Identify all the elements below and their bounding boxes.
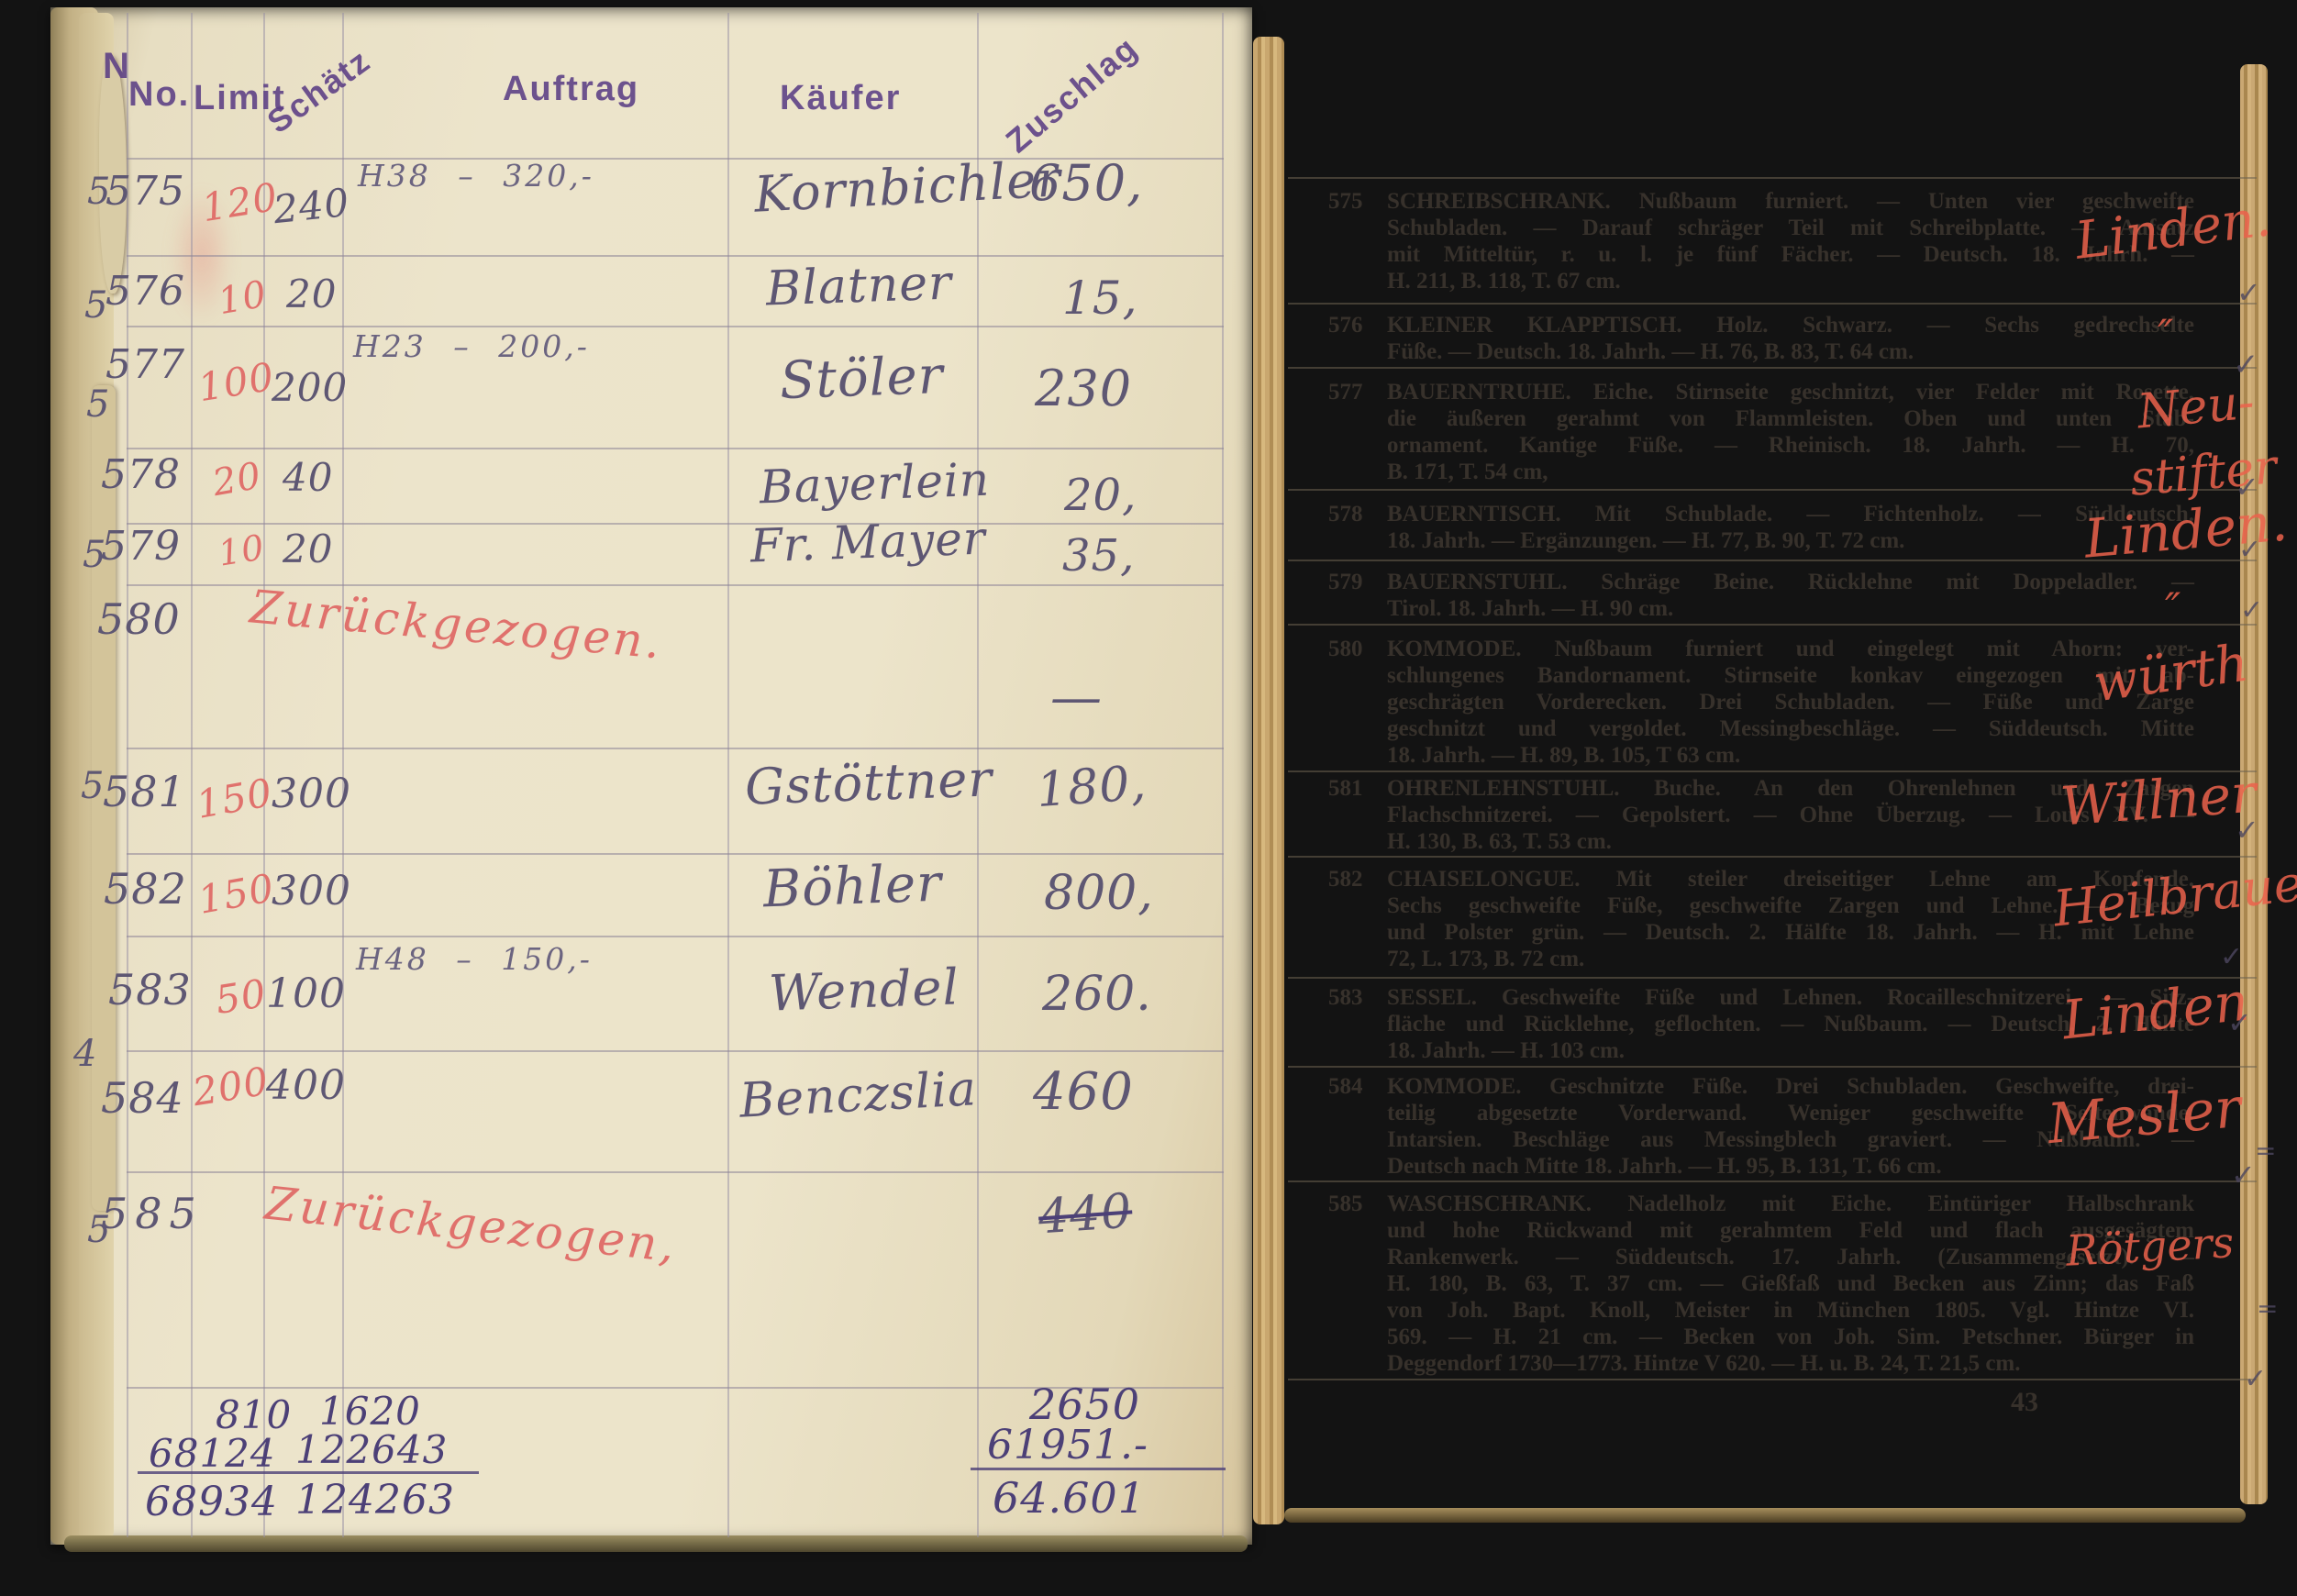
catalog-entry-number: 581 bbox=[1328, 776, 1363, 802]
check-mark: ✓ bbox=[2220, 941, 2243, 973]
ledger-577-schatz: 200 bbox=[272, 365, 348, 410]
catalog-entry-number: 577 bbox=[1328, 380, 1363, 405]
catalog-entry-text: KOMMODE. Nußbaum furniert und eingelegt … bbox=[1387, 636, 2194, 769]
ledger-576-no: 576 bbox=[105, 268, 185, 315]
print-line: 18. Jahrh. — Ergänzungen. — H. 77, B. 90… bbox=[1387, 527, 2194, 554]
book-photo: { "ledger": { "headers": { "no": "No.", … bbox=[0, 0, 2297, 1596]
ledger-582-zuschlag: 800, bbox=[1044, 866, 1154, 921]
catalog-entry-585: 585 WASCHSCHRANK. Nadelholz mit Eiche. E… bbox=[1328, 1191, 2202, 1377]
ledger-581-no: 581 bbox=[103, 767, 186, 816]
catalog-entry-number: 578 bbox=[1328, 502, 1363, 527]
ledger-577-zuschlag: 230 bbox=[1035, 360, 1132, 417]
print-line: 72, L. 173, B. 72 cm. bbox=[1387, 946, 2194, 972]
row-line bbox=[127, 523, 1224, 525]
check-mark: ✓ bbox=[2231, 1158, 2256, 1192]
catalog-entry-number: 583 bbox=[1328, 985, 1363, 1011]
header-kaufer: Käufer bbox=[780, 79, 901, 118]
print-line: 18. Jahrh. — H. 89, B. 105, T 63 cm. bbox=[1387, 742, 2194, 769]
ledger-583-auftrag: H48 – 150,- bbox=[356, 941, 593, 977]
entry-separator bbox=[1288, 624, 2257, 626]
print-line: geschrägten Vorderecken. Drei Schubladen… bbox=[1387, 689, 2194, 715]
margin-note-583: Linden bbox=[2059, 970, 2251, 1052]
print-line: Tirol. 18. Jahrh. — H. 90 cm. bbox=[1387, 595, 2194, 622]
edge-tally-mark: = bbox=[2255, 1136, 2276, 1166]
catalog-entry-number: 579 bbox=[1328, 570, 1363, 595]
ledger-584-zuschlag: 460 bbox=[1033, 1062, 1134, 1122]
total-zuschlag-sum: 64.601 bbox=[993, 1473, 1146, 1523]
row-line bbox=[127, 255, 1224, 257]
catalog-entry-number: 585 bbox=[1328, 1191, 1363, 1217]
ledger-578-no: 578 bbox=[101, 451, 181, 498]
catalog-entry-576: 576 KLEINER KLAPPTISCH. Holz. Schwarz. —… bbox=[1328, 312, 2202, 365]
margin-note-577a: Neu- bbox=[2136, 375, 2257, 440]
ledger-584-no: 584 bbox=[101, 1073, 184, 1123]
ledger-582-kaufer: Böhler bbox=[762, 854, 943, 920]
ledger-579-limit: 10 bbox=[216, 526, 268, 573]
print-line: BAUERNTRUHE. Eiche. Stirnseite geschnitz… bbox=[1387, 379, 2194, 405]
row-line bbox=[127, 936, 1224, 937]
catalog-entry-575: 575 SCHREIBSCHRANK. Nußbaum furniert. — … bbox=[1328, 188, 2202, 294]
print-line: mit Mitteltür, r. u. l. je fünf Fächer. … bbox=[1387, 241, 2194, 268]
ledger-576-schatz: 20 bbox=[286, 272, 337, 316]
ledger-580-no: 580 bbox=[97, 594, 181, 644]
ledger-575-auftrag: H38 – 320,- bbox=[358, 158, 594, 194]
bottom-page-edges bbox=[64, 1535, 1248, 1552]
check-mark: ✓ bbox=[2235, 470, 2259, 504]
ledger-577-no: 577 bbox=[105, 341, 185, 388]
row-line bbox=[127, 1050, 1224, 1052]
ledger-583-schatz: 100 bbox=[266, 970, 346, 1017]
ledger-579-schatz: 20 bbox=[283, 526, 333, 571]
ledger-581-kaufer: Gstöttner bbox=[744, 749, 993, 815]
header-auftrag: Auftrag bbox=[503, 70, 639, 109]
catalog-entry-578: 578 BAUERNTISCH. Mit Schublade. — Fichte… bbox=[1328, 501, 2202, 554]
total-limit-sum: 68934 bbox=[145, 1479, 278, 1525]
ledger-583-zuschlag: 260. bbox=[1042, 967, 1152, 1022]
row-line bbox=[127, 326, 1224, 327]
total-schatz-sum: 124263 bbox=[295, 1477, 455, 1524]
check-mark: ✓ bbox=[2244, 1363, 2267, 1395]
ledger-583-limit: 50 bbox=[213, 970, 270, 1023]
total-zuschlag-row2: 61951.- bbox=[987, 1422, 1148, 1469]
check-mark: ✓ bbox=[2227, 1005, 2252, 1040]
entry-separator bbox=[1288, 1180, 2257, 1182]
ledger-575-schatz: 240 bbox=[272, 180, 352, 232]
catalog-entry-text: SCHREIBSCHRANK. Nußbaum furniert. — Unte… bbox=[1387, 188, 2194, 294]
ledger-575-zuschlag: 650, bbox=[1029, 154, 1143, 212]
column-line bbox=[1222, 13, 1224, 1537]
entry-separator bbox=[1288, 489, 2257, 491]
catalog-entry-text: BAUERNTISCH. Mit Schublade. — Fichtenhol… bbox=[1387, 501, 2194, 554]
ledger-583-kaufer: Wendel bbox=[768, 958, 960, 1022]
catalog-entry-text: KLEINER KLAPPTISCH. Holz. Schwarz. — Sec… bbox=[1387, 312, 2194, 365]
margin-note-581: Willner bbox=[2058, 762, 2258, 838]
ledger-579-kaufer: Fr. Mayer bbox=[749, 512, 987, 573]
column-line bbox=[727, 13, 729, 1537]
print-line: die äußeren gerahmt von Flammleisten. Ob… bbox=[1387, 405, 2194, 432]
print-line: ornament. Kantige Füße. — Rheinisch. 18.… bbox=[1387, 432, 2194, 459]
total-schatz-row2: 122643 bbox=[295, 1427, 448, 1472]
check-mark: ✓ bbox=[2235, 813, 2259, 848]
catalog-entry-579: 579 BAUERNSTUHL. Schräge Beine. Rücklehn… bbox=[1328, 569, 2202, 622]
stub-digit: 5 bbox=[86, 383, 110, 426]
sum-line bbox=[971, 1468, 1226, 1470]
print-line: KOMMODE. Nußbaum furniert und eingelegt … bbox=[1387, 636, 2194, 662]
catalog-entry-number: 582 bbox=[1328, 867, 1363, 892]
ledger-582-schatz: 300 bbox=[272, 868, 351, 914]
entry-separator bbox=[1288, 177, 2257, 179]
ledger-581-schatz: 300 bbox=[272, 770, 351, 817]
catalog-entry-number: 580 bbox=[1328, 637, 1363, 662]
ledger-579-no: 579 bbox=[101, 523, 181, 570]
check-mark: ✓ bbox=[2233, 347, 2259, 383]
check-mark: ✓ bbox=[2236, 275, 2261, 310]
ledger-582-no: 582 bbox=[104, 864, 187, 914]
total-limit-row2: 68124 bbox=[149, 1431, 276, 1476]
column-line bbox=[191, 13, 193, 1537]
entry-separator bbox=[1288, 1066, 2257, 1068]
ledger-584-schatz: 400 bbox=[266, 1062, 346, 1109]
check-mark: ✓ bbox=[2238, 534, 2261, 566]
margin-note-585: Rötgers bbox=[2065, 1217, 2236, 1276]
catalog-entry-number: 584 bbox=[1328, 1074, 1363, 1100]
ledger-577-kaufer: Stöler bbox=[779, 346, 945, 411]
entry-separator bbox=[1288, 1379, 2257, 1380]
ledger-580-zuschlag-dash: — bbox=[1050, 668, 1103, 727]
margin-note-576-ditto: ″ bbox=[2158, 310, 2173, 360]
catalog-entry-number: 576 bbox=[1328, 313, 1363, 338]
print-line: BAUERNSTUHL. Schräge Beine. Rücklehne mi… bbox=[1387, 569, 2194, 595]
page-number: 43 bbox=[2011, 1387, 2038, 1418]
entry-separator bbox=[1288, 303, 2257, 305]
entry-separator bbox=[1288, 856, 2257, 858]
row-line bbox=[127, 1171, 1224, 1173]
row-line bbox=[127, 448, 1224, 449]
catalog-entry-577: 577 BAUERNTRUHE. Eiche. Stirnseite gesch… bbox=[1328, 379, 2202, 485]
header-no: No. bbox=[128, 75, 190, 115]
print-line: WASCHSCHRANK. Nadelholz mit Eiche. Eintü… bbox=[1387, 1191, 2194, 1217]
ledger-579-zuschlag: 35, bbox=[1062, 530, 1135, 582]
ledger-577-auftrag: H23 – 200,- bbox=[353, 328, 590, 364]
print-line: BAUERNTISCH. Mit Schublade. — Fichtenhol… bbox=[1387, 501, 2194, 527]
bottom-page-edges bbox=[1284, 1508, 2246, 1523]
print-line: Deggendorf 1730—1773. Hintze V 620. — H.… bbox=[1387, 1350, 2194, 1377]
ledger-578-limit: 20 bbox=[209, 455, 264, 504]
ledger-578-schatz: 40 bbox=[283, 455, 333, 500]
catalog-entry-text: WASCHSCHRANK. Nadelholz mit Eiche. Eintü… bbox=[1387, 1191, 2194, 1377]
print-line: geschnitzt und vergoldet. Messingbeschlä… bbox=[1387, 715, 2194, 742]
ledger-576-limit: 10 bbox=[215, 273, 270, 323]
entry-separator bbox=[1288, 977, 2257, 979]
catalog-entry-text: BAUERNSTUHL. Schräge Beine. Rücklehne mi… bbox=[1387, 569, 2194, 622]
stub-stamp-fragment: N bbox=[103, 46, 131, 87]
print-line: KLEINER KLAPPTISCH. Holz. Schwarz. — Sec… bbox=[1387, 312, 2194, 338]
print-line: B. 171, T. 54 cm, bbox=[1387, 459, 2194, 485]
ledger-578-kaufer: Bayerlein bbox=[759, 453, 991, 515]
print-line: H. 211, B. 118, T. 67 cm. bbox=[1387, 268, 2194, 294]
entry-separator bbox=[1288, 367, 2257, 369]
stub-digit: 5 bbox=[81, 765, 105, 807]
print-line: schlungenes Bandornament. Stirnseite kon… bbox=[1387, 662, 2194, 689]
print-line: von Joh. Bapt. Knoll, Meister in München… bbox=[1387, 1297, 2194, 1324]
catalog-entry-580: 580 KOMMODE. Nußbaum furniert und eingel… bbox=[1328, 636, 2202, 769]
ledger-578-zuschlag: 20, bbox=[1064, 470, 1137, 521]
print-line: 569. — H. 21 cm. — Becken von Joh. Sim. … bbox=[1387, 1324, 2194, 1350]
ledger-576-zuschlag: 15, bbox=[1062, 272, 1138, 325]
catalog-entry-number: 575 bbox=[1328, 189, 1363, 215]
ledger-585-zuschlag-struck: 440 bbox=[1037, 1184, 1134, 1246]
sum-line bbox=[138, 1471, 479, 1474]
print-line: SCHREIBSCHRANK. Nußbaum furniert. — Unte… bbox=[1387, 188, 2194, 215]
ledger-581-zuschlag: 180, bbox=[1035, 756, 1148, 818]
check-mark: ✓ bbox=[2240, 594, 2263, 626]
ledger-575-no: 575 bbox=[105, 168, 185, 215]
row-line bbox=[127, 748, 1224, 749]
stub-digit: 4 bbox=[73, 1033, 97, 1075]
ledger-576-kaufer: Blatner bbox=[765, 255, 953, 316]
print-line: Füße. — Deutsch. 18. Jahrh. — H. 76, B. … bbox=[1387, 338, 2194, 365]
ledger-585-no: 585 bbox=[101, 1189, 204, 1238]
catalog-entry-text: BAUERNTRUHE. Eiche. Stirnseite geschnitz… bbox=[1387, 379, 2194, 485]
ledger-583-no: 583 bbox=[108, 965, 192, 1014]
edge-tally-mark: = bbox=[2257, 1293, 2278, 1324]
print-line: Deutsch nach Mitte 18. Jahrh. — H. 95, B… bbox=[1387, 1153, 2194, 1180]
spine-page-edges bbox=[1253, 37, 1284, 1524]
row-line bbox=[127, 853, 1224, 855]
margin-note-579-ditto: ″ bbox=[2165, 583, 2180, 633]
